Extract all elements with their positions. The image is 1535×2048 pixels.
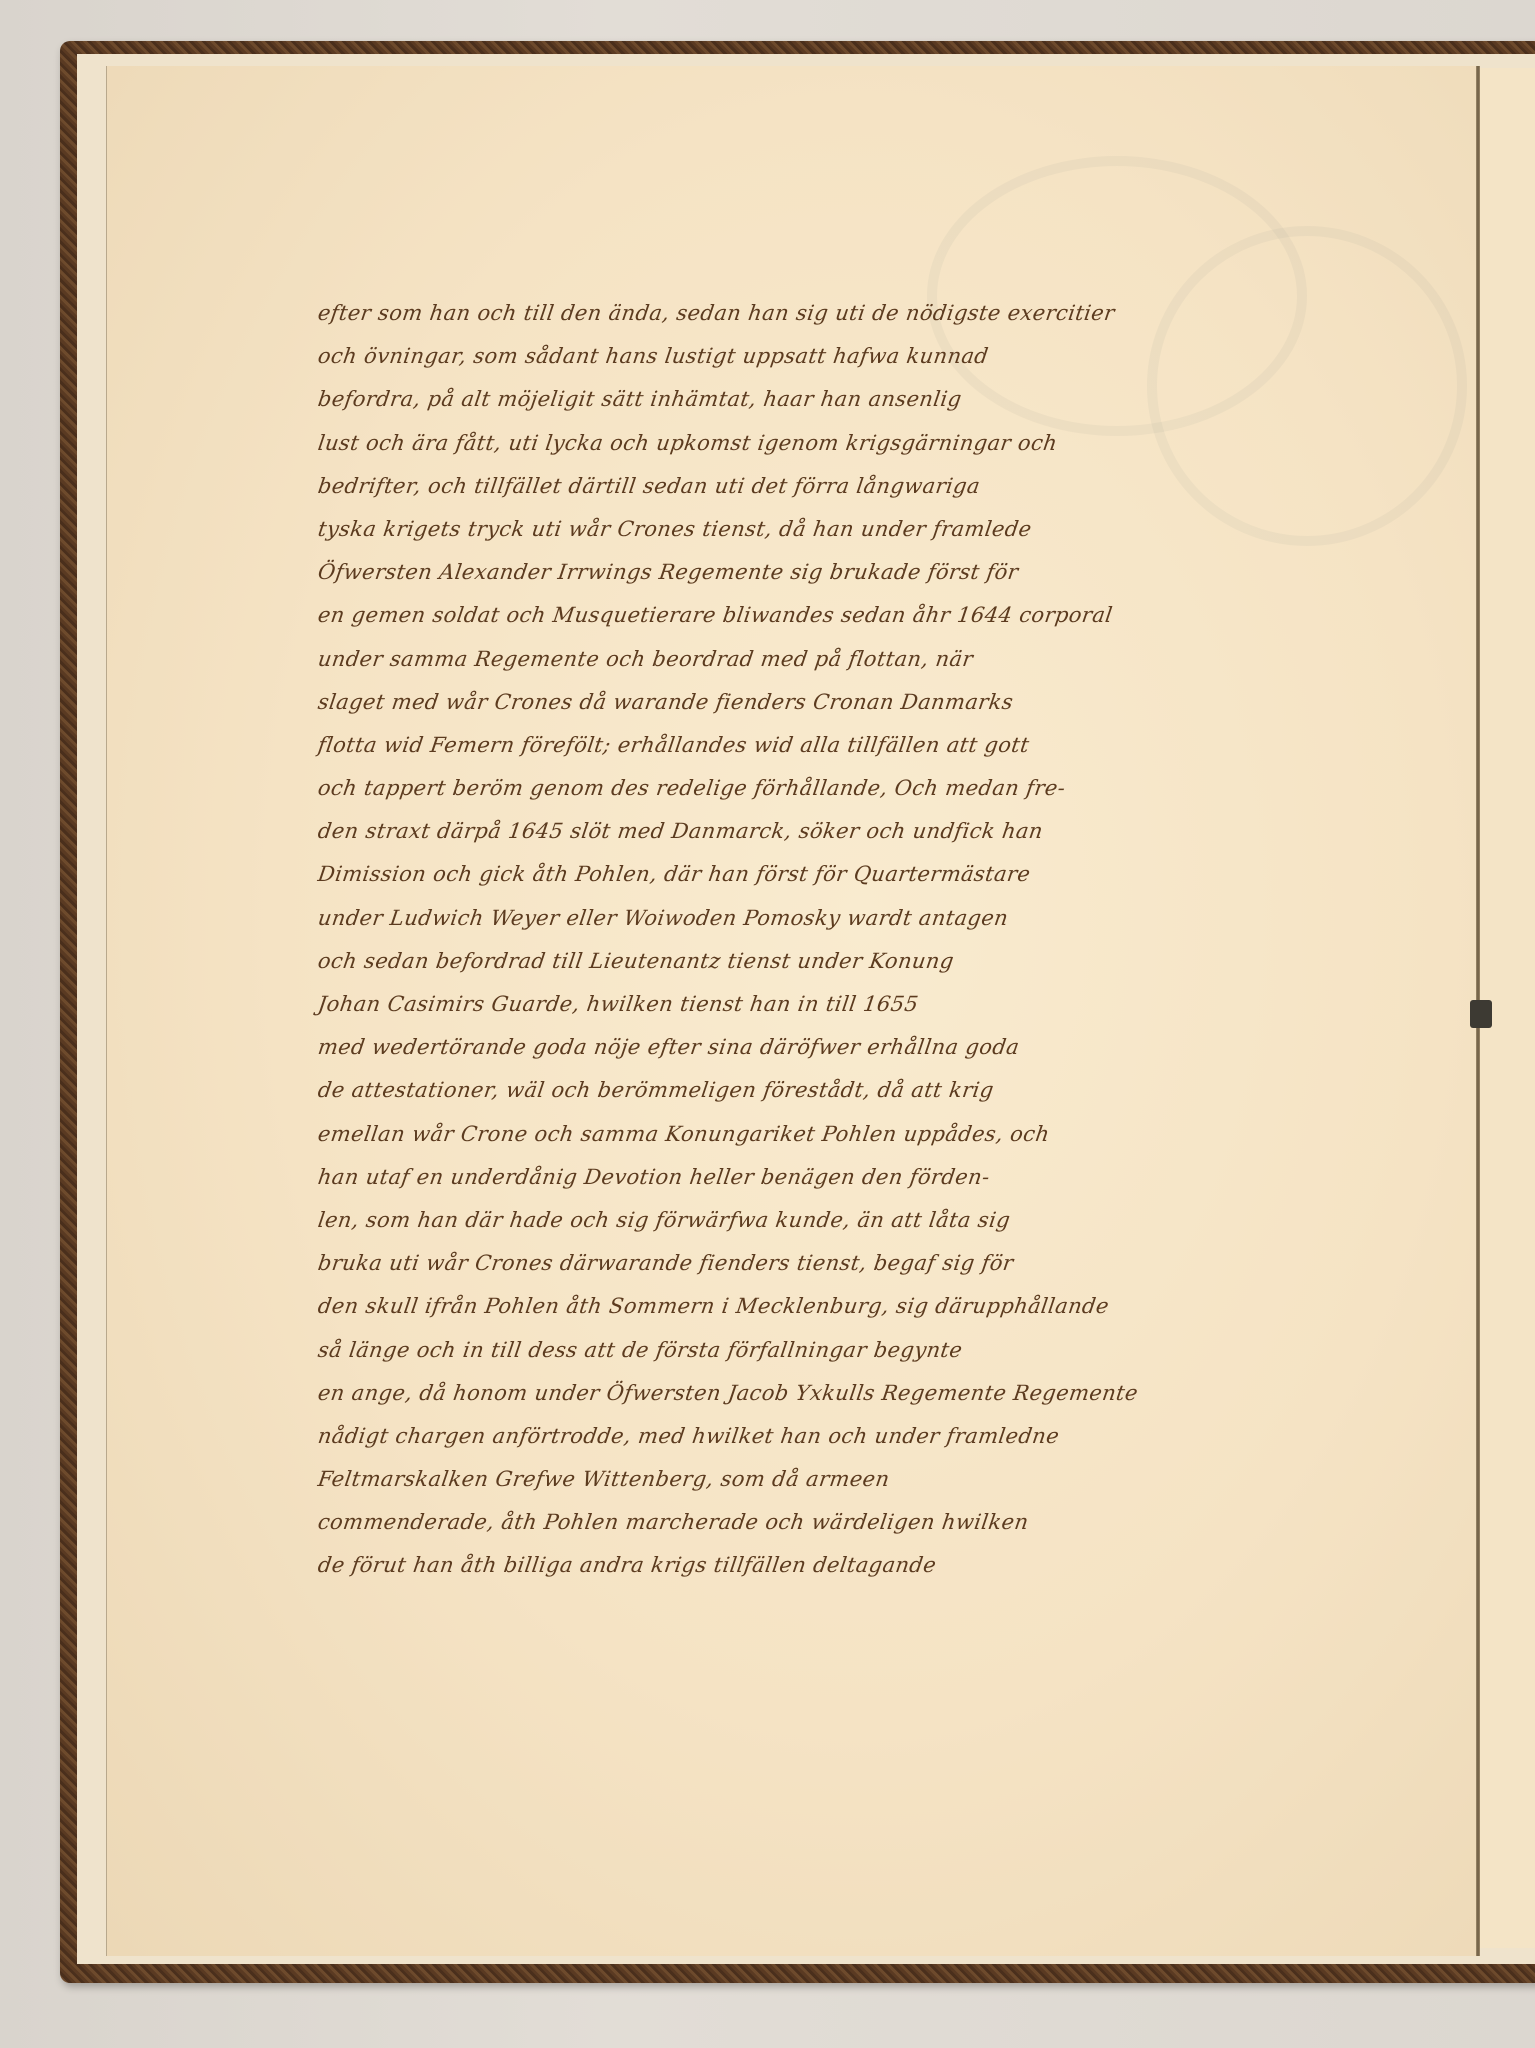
text-line: och sedan befordrad till Lieutenantz tie… <box>315 940 1381 983</box>
text-line: Johan Casimirs Guarde, hwilken tienst ha… <box>315 983 1381 1026</box>
text-line: len, som han där hade och sig förwärfwa … <box>315 1199 1381 1242</box>
text-line: och tappert beröm genom des redelige för… <box>315 767 1381 810</box>
text-line: den skull ifrån Pohlen åth Sommern i Mec… <box>315 1285 1381 1328</box>
text-line: Feltmarskalken Grefwe Wittenberg, som då… <box>315 1458 1381 1501</box>
text-line: flotta wid Femern förefölt; erhållandes … <box>315 724 1381 767</box>
text-line: under samma Regemente och beordrad med p… <box>315 638 1381 681</box>
text-line: den straxt därpå 1645 slöt med Danmarck,… <box>315 810 1381 853</box>
text-line: en ange, då honom under Öfwersten Jacob … <box>315 1372 1381 1415</box>
handwritten-text-block: efter som han och till den ända, sedan h… <box>318 292 1378 1588</box>
text-line: tyska krigets tryck uti wår Crones tiens… <box>315 508 1381 551</box>
text-line: under Ludwich Weyer eller Woiwoden Pomos… <box>315 897 1381 940</box>
text-line: med wedertörande goda nöje efter sina dä… <box>315 1026 1381 1069</box>
text-line: bruka uti wår Crones därwarande fienders… <box>315 1242 1381 1285</box>
text-line: och övningar, som sådant hans lustigt up… <box>315 335 1381 378</box>
text-line: lust och ära fått, uti lycka och upkomst… <box>315 422 1381 465</box>
binding-tab <box>1470 1000 1492 1028</box>
text-line: så länge och in till dess att de första … <box>315 1329 1381 1372</box>
text-line: en gemen soldat och Musquetierare bliwan… <box>315 594 1381 637</box>
text-line: emellan wår Crone och samma Konungariket… <box>315 1113 1381 1156</box>
text-line: befordra, på alt möjeligit sätt inhämtat… <box>315 378 1381 421</box>
text-line: slaget med wår Crones då warande fiender… <box>315 681 1381 724</box>
text-line: Dimission och gick åth Pohlen, där han f… <box>315 853 1381 896</box>
text-line: han utaf en underdånig Devotion heller b… <box>315 1156 1381 1199</box>
text-line: de attestationer, wäl och berömmeligen f… <box>315 1069 1381 1112</box>
text-line: nådigt chargen anförtrodde, med hwilket … <box>315 1415 1381 1458</box>
text-line: bedrifter, och tillfället därtill sedan … <box>315 465 1381 508</box>
text-line: de förut han åth billiga andra krigs til… <box>315 1544 1381 1587</box>
text-line: commenderade, åth Pohlen marcherade och … <box>315 1501 1381 1544</box>
text-line: efter som han och till den ända, sedan h… <box>315 292 1381 335</box>
text-line: Öfwersten Alexander Irrwings Regemente s… <box>315 551 1381 594</box>
